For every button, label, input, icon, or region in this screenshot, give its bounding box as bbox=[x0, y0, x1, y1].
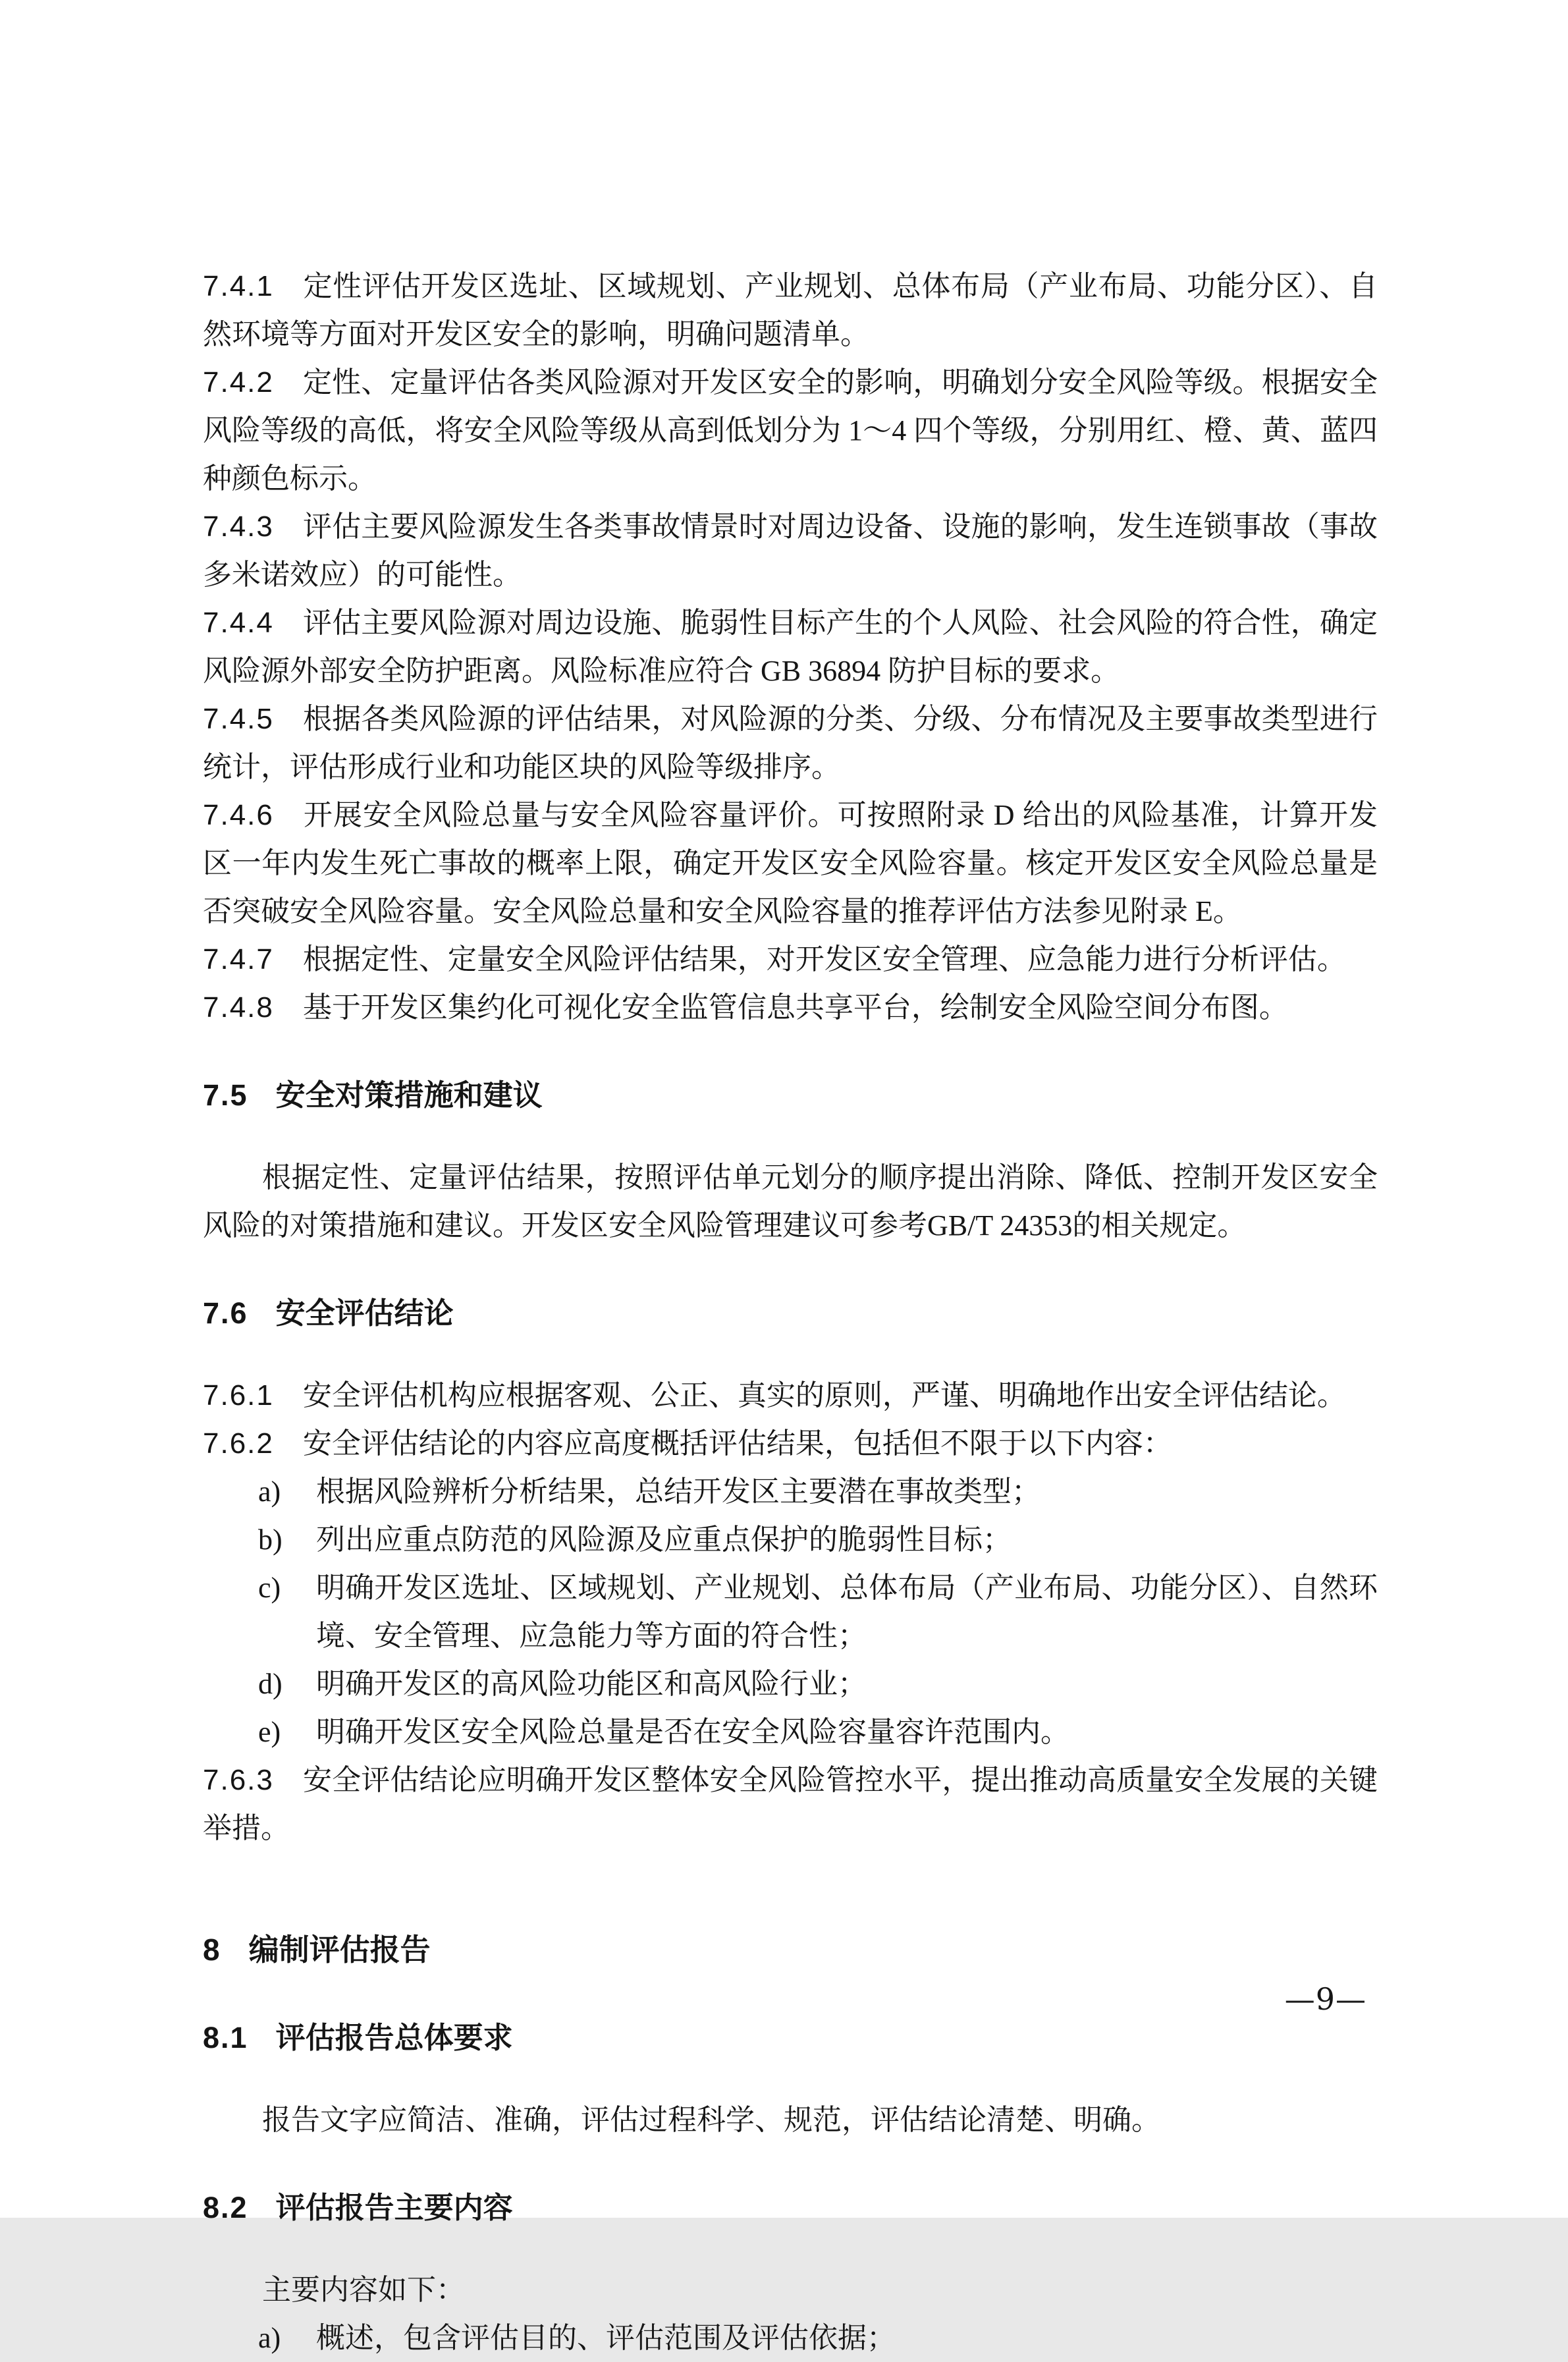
clause-text: 根据各类风险源的评估结果，对风险源的分类、分级、分布情况及主要事故类型进行统计，… bbox=[203, 703, 1378, 783]
list-label: b) bbox=[258, 1516, 316, 1564]
clause-number: 7.6.1 bbox=[203, 1379, 274, 1412]
clause-7-4-5: 7.4.5根据各类风险源的评估结果，对风险源的分类、分级、分布情况及主要事故类型… bbox=[203, 695, 1378, 791]
clause-number: 7.6.3 bbox=[203, 1764, 274, 1796]
clause-7-4-8: 7.4.8基于开发区集约化可视化安全监管信息共享平台，绘制安全风险空间分布图。 bbox=[203, 983, 1378, 1031]
list-text: 明确开发区安全风险总量是否在安全风险容量容许范围内。 bbox=[316, 1708, 1378, 1756]
clause-7-4-6: 7.4.6开展安全风险总量与安全风险容量评价。可按照附录 D 给出的风险基准，计… bbox=[203, 791, 1378, 935]
page-number: —9— bbox=[1285, 1981, 1366, 2017]
clause-text: 安全评估结论的内容应高度概括评估结果，包括但不限于以下内容： bbox=[303, 1427, 1172, 1460]
document-page: 7.4.1定性评估开发区选址、区域规划、产业规划、总体布局（产业布局、功能分区）… bbox=[0, 0, 1568, 2218]
clause-number: 7.6.2 bbox=[203, 1427, 274, 1460]
list-item-d: d)明确开发区的高风险功能区和高风险行业； bbox=[258, 1660, 1378, 1708]
clause-7-4-4: 7.4.4评估主要风险源对周边设施、脆弱性目标产生的个人风险、社会风险的符合性，… bbox=[203, 599, 1378, 695]
section-heading-7-5: 7.5安全对策措施和建议 bbox=[203, 1071, 1378, 1119]
list-label: a) bbox=[258, 1468, 316, 1516]
list-item-c: c)明确开发区选址、区域规划、产业规划、总体布局（产业布局、功能分区）、自然环境… bbox=[258, 1564, 1378, 1660]
list-label: d) bbox=[258, 1660, 316, 1708]
heading-title: 编制评估报告 bbox=[249, 1933, 431, 1967]
clause-text: 定性评估开发区选址、区域规划、产业规划、总体布局（产业布局、功能分区）、自然环境… bbox=[203, 270, 1378, 350]
clause-text: 根据定性、定量安全风险评估结果，对开发区安全管理、应急能力进行分析评估。 bbox=[303, 943, 1346, 975]
list-item-b: b)列出应重点防范的风险源及应重点保护的脆弱性目标； bbox=[258, 1516, 1378, 1564]
clause-7-4-7: 7.4.7根据定性、定量安全风险评估结果，对开发区安全管理、应急能力进行分析评估… bbox=[203, 935, 1378, 983]
list-item-a: a)根据风险辨析分析结果，总结开发区主要潜在事故类型； bbox=[258, 1468, 1378, 1516]
list-text: 明确开发区选址、区域规划、产业规划、总体布局（产业布局、功能分区）、自然环境、安… bbox=[316, 1564, 1378, 1660]
heading-title: 评估报告总体要求 bbox=[276, 2021, 513, 2054]
clause-number: 7.4.2 bbox=[203, 366, 274, 398]
list-label: e) bbox=[258, 1708, 316, 1756]
list-label: c) bbox=[258, 1564, 316, 1660]
clause-text: 评估主要风险源对周边设施、脆弱性目标产生的个人风险、社会风险的符合性，确定风险源… bbox=[203, 607, 1378, 687]
heading-number: 7.6 bbox=[203, 1296, 248, 1330]
clause-7-4-2: 7.4.2定性、定量评估各类风险源对开发区安全的影响，明确划分安全风险等级。根据… bbox=[203, 358, 1378, 503]
list-item-a2: a)概述，包含评估目的、评估范围及评估依据； bbox=[258, 2314, 1378, 2362]
list-text: 根据风险辨析分析结果，总结开发区主要潜在事故类型； bbox=[316, 1468, 1378, 1516]
clause-text: 开展安全风险总量与安全风险容量评价。可按照附录 D 给出的风险基准，计算开发区一… bbox=[203, 799, 1378, 927]
document-body: 7.4.1定性评估开发区选址、区域规划、产业规划、总体布局（产业布局、功能分区）… bbox=[203, 262, 1378, 2362]
section-heading-8-2: 8.2评估报告主要内容 bbox=[203, 2183, 1378, 2232]
clause-number: 7.4.7 bbox=[203, 943, 274, 975]
heading-number: 8 bbox=[203, 1933, 221, 1967]
clause-7-6-3: 7.6.3安全评估结论应明确开发区整体安全风险管控水平，提出推动高质量安全发展的… bbox=[203, 1756, 1378, 1852]
heading-title: 安全评估结论 bbox=[276, 1296, 454, 1330]
heading-title: 评估报告主要内容 bbox=[276, 2191, 513, 2224]
paragraph-countermeasures: 根据定性、定量评估结果，按照评估单元划分的顺序提出消除、降低、控制开发区安全风险… bbox=[203, 1153, 1378, 1250]
clause-7-6-2: 7.6.2安全评估结论的内容应高度概括评估结果，包括但不限于以下内容： bbox=[203, 1419, 1378, 1468]
list-item-e: e)明确开发区安全风险总量是否在安全风险容量容许范围内。 bbox=[258, 1708, 1378, 1756]
chapter-heading-8: 8编制评估报告 bbox=[203, 1926, 1378, 1974]
section-heading-7-6: 7.6安全评估结论 bbox=[203, 1289, 1378, 1337]
clause-number: 7.4.1 bbox=[203, 270, 274, 302]
list-label: a) bbox=[258, 2314, 316, 2362]
clause-7-6-1: 7.6.1安全评估机构应根据客观、公正、真实的原则，严谨、明确地作出安全评估结论… bbox=[203, 1371, 1378, 1419]
clause-number: 7.4.6 bbox=[203, 799, 274, 831]
clause-number: 7.4.5 bbox=[203, 703, 274, 735]
clause-text: 评估主要风险源发生各类事故情景时对周边设备、设施的影响，发生连锁事故（事故多米诺… bbox=[203, 510, 1378, 591]
clause-number: 7.4.8 bbox=[203, 991, 274, 1024]
paragraph-report-requirements: 报告文字应简洁、准确，评估过程科学、规范，评估结论清楚、明确。 bbox=[203, 2096, 1378, 2144]
heading-number: 8.2 bbox=[203, 2191, 248, 2224]
clause-7-4-1: 7.4.1定性评估开发区选址、区域规划、产业规划、总体布局（产业布局、功能分区）… bbox=[203, 262, 1378, 358]
clause-7-4-3: 7.4.3评估主要风险源发生各类事故情景时对周边设备、设施的影响，发生连锁事故（… bbox=[203, 503, 1378, 599]
clause-text: 安全评估机构应根据客观、公正、真实的原则，严谨、明确地作出安全评估结论。 bbox=[303, 1379, 1346, 1412]
clause-text: 安全评估结论应明确开发区整体安全风险管控水平，提出推动高质量安全发展的关键举措。 bbox=[203, 1764, 1378, 1844]
list-text: 概述，包含评估目的、评估范围及评估依据； bbox=[316, 2314, 1378, 2362]
clause-text: 基于开发区集约化可视化安全监管信息共享平台，绘制安全风险空间分布图。 bbox=[303, 991, 1288, 1024]
paragraph-main-content-intro: 主要内容如下： bbox=[203, 2266, 1378, 2314]
clause-text: 定性、定量评估各类风险源对开发区安全的影响，明确划分安全风险等级。根据安全风险等… bbox=[203, 366, 1378, 495]
clause-number: 7.4.3 bbox=[203, 510, 274, 543]
heading-title: 安全对策措施和建议 bbox=[276, 1078, 543, 1112]
heading-number: 8.1 bbox=[203, 2021, 248, 2054]
section-heading-8-1: 8.1评估报告总体要求 bbox=[203, 2014, 1378, 2062]
list-text: 明确开发区的高风险功能区和高风险行业； bbox=[316, 1660, 1378, 1708]
clause-number: 7.4.4 bbox=[203, 607, 274, 639]
heading-number: 7.5 bbox=[203, 1078, 248, 1112]
list-text: 列出应重点防范的风险源及应重点保护的脆弱性目标； bbox=[316, 1516, 1378, 1564]
